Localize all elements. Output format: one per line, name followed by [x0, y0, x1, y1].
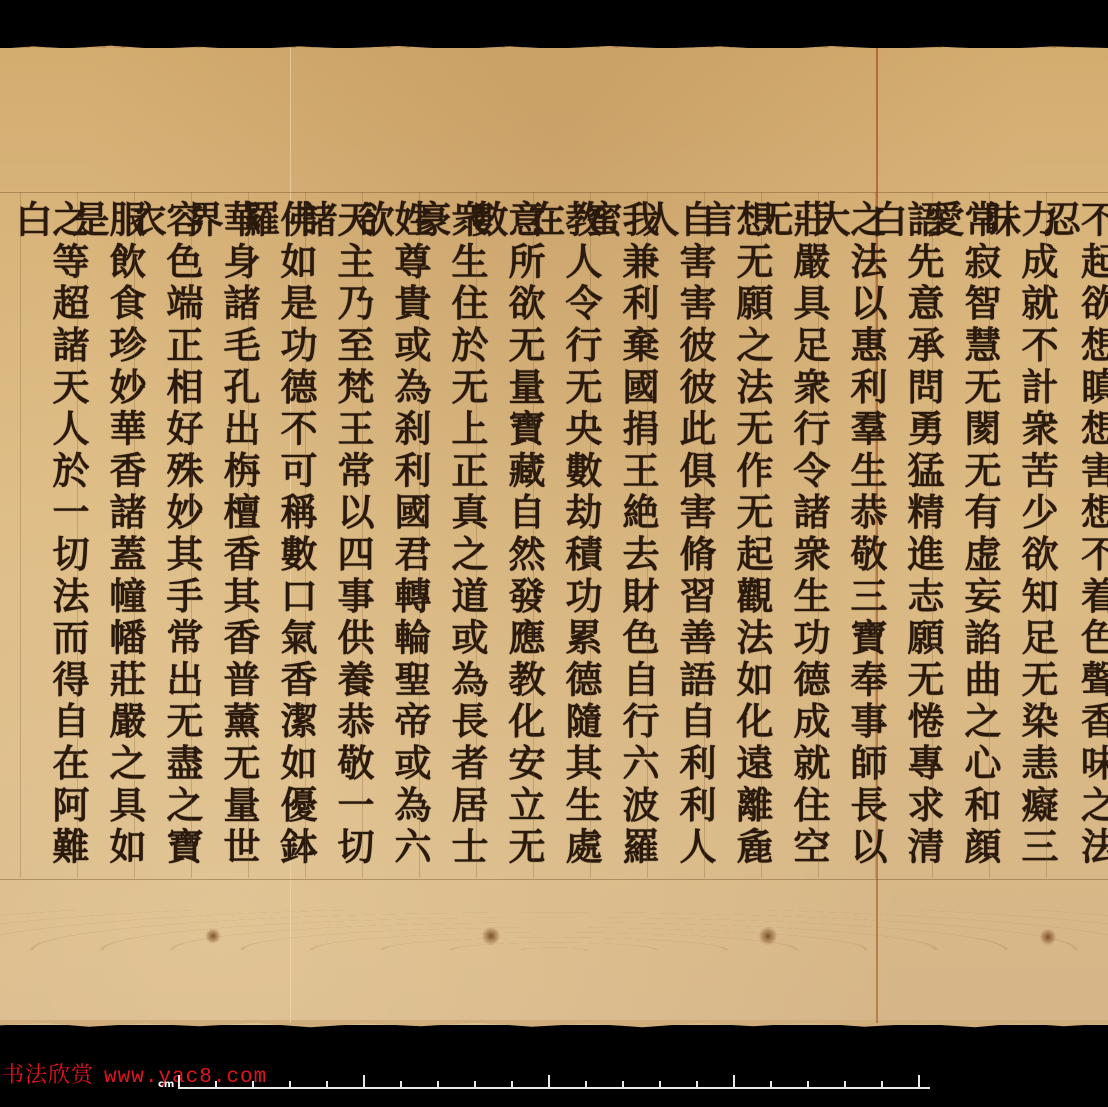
ruler-tick — [400, 1081, 402, 1087]
paper-bottom-edge — [0, 1020, 1108, 1029]
scale-ruler: cm — [178, 1075, 930, 1089]
ruler-tick — [437, 1081, 439, 1087]
ruler-tick — [881, 1081, 883, 1087]
ruler-tick — [511, 1081, 513, 1087]
ruler-tick — [363, 1075, 365, 1087]
ruler-tick — [548, 1075, 550, 1087]
ruler-tick — [807, 1081, 809, 1087]
watermark-title: 书法欣赏 — [2, 1063, 94, 1088]
water-stain-line — [0, 910, 1108, 950]
ruler-tick — [178, 1075, 180, 1087]
ruler-tick — [252, 1081, 254, 1087]
text-columns: 不起欲想瞋想害想不着色聲香味之法忍 力成就不計衆苦少欲知足无染恚癡三昧 常寂智慧… — [0, 192, 1108, 878]
text-column: 力成就不計衆苦少欲知足无染恚癡三昧 — [989, 192, 1046, 878]
ruler-tick — [659, 1081, 661, 1087]
ruler-tick — [585, 1081, 587, 1087]
ruler-tick — [215, 1081, 217, 1087]
ruler-tick — [696, 1081, 698, 1087]
ruler-tick — [326, 1081, 328, 1087]
ruler-tick — [844, 1081, 846, 1087]
ruler-tick — [289, 1081, 291, 1087]
ruler-tick — [622, 1081, 624, 1087]
ruler-unit-label: cm — [158, 1079, 174, 1090]
column-text: 不起欲想瞋想害想不着色聲香味之法忍 — [1041, 192, 1108, 878]
ruler-tick — [733, 1075, 735, 1087]
ruler-tick — [474, 1081, 476, 1087]
ruler-tick — [918, 1075, 920, 1087]
footer-bar: 书法欣赏www.yac8.com cm — [0, 1040, 1108, 1107]
text-column: 不起欲想瞋想害想不着色聲香味之法忍 — [1046, 192, 1108, 878]
ruler-tick — [770, 1081, 772, 1087]
